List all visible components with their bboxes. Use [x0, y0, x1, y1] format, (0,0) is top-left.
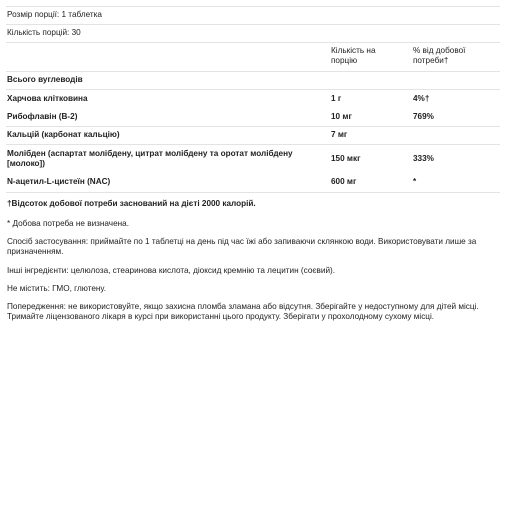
row-dv: 333%: [413, 154, 434, 164]
row-dv: *: [413, 177, 416, 187]
row-amount: 600 мг: [331, 177, 356, 187]
divider: [6, 126, 500, 127]
row-name: Молібден (аспартат молібдену, цитрат мол…: [7, 149, 307, 169]
divider: [6, 71, 500, 72]
other-ingredients: Інші інгредієнти: целюлоза, стеаринова к…: [7, 266, 335, 276]
footnote-daily-basis: †Відсоток добової потреби заснований на …: [7, 199, 256, 209]
row-name: Харчова клітковина: [7, 94, 88, 104]
supplement-facts: Розмір порції: 1 таблетка Кількість порц…: [0, 0, 512, 512]
row-amount: 10 мг: [331, 112, 352, 122]
servings-count: Кількість порцій: 30: [7, 28, 81, 38]
serving-size: Розмір порції: 1 таблетка: [7, 10, 102, 20]
header-amount: Кількість на порцію: [331, 46, 401, 66]
divider: [6, 89, 500, 90]
divider: [6, 24, 500, 25]
divider: [6, 42, 500, 43]
header-daily-value: % від добової потреби†: [413, 46, 483, 66]
divider: [6, 6, 500, 7]
row-amount: 150 мкг: [331, 154, 361, 164]
free-of: Не містить: ГМО, глютену.: [7, 284, 106, 294]
row-dv: 4%†: [413, 94, 429, 104]
row-name: Рибофлавін (B-2): [7, 112, 77, 122]
row-name: Всього вуглеводів: [7, 75, 83, 85]
divider: [6, 192, 500, 193]
row-name: Кальцій (карбонат кальцію): [7, 130, 120, 140]
footnote-not-established: * Добова потреба не визначена.: [7, 219, 129, 229]
row-dv: 769%: [413, 112, 434, 122]
usage-directions: Спосіб застосування: приймайте по 1 табл…: [7, 237, 503, 257]
row-name: N-ацетил-L-цистеїн (NAC): [7, 177, 110, 187]
warning: Попередження: не використовуйте, якщо за…: [7, 302, 503, 322]
row-amount: 7 мг: [331, 130, 347, 140]
row-amount: 1 г: [331, 94, 341, 104]
divider: [6, 144, 500, 145]
